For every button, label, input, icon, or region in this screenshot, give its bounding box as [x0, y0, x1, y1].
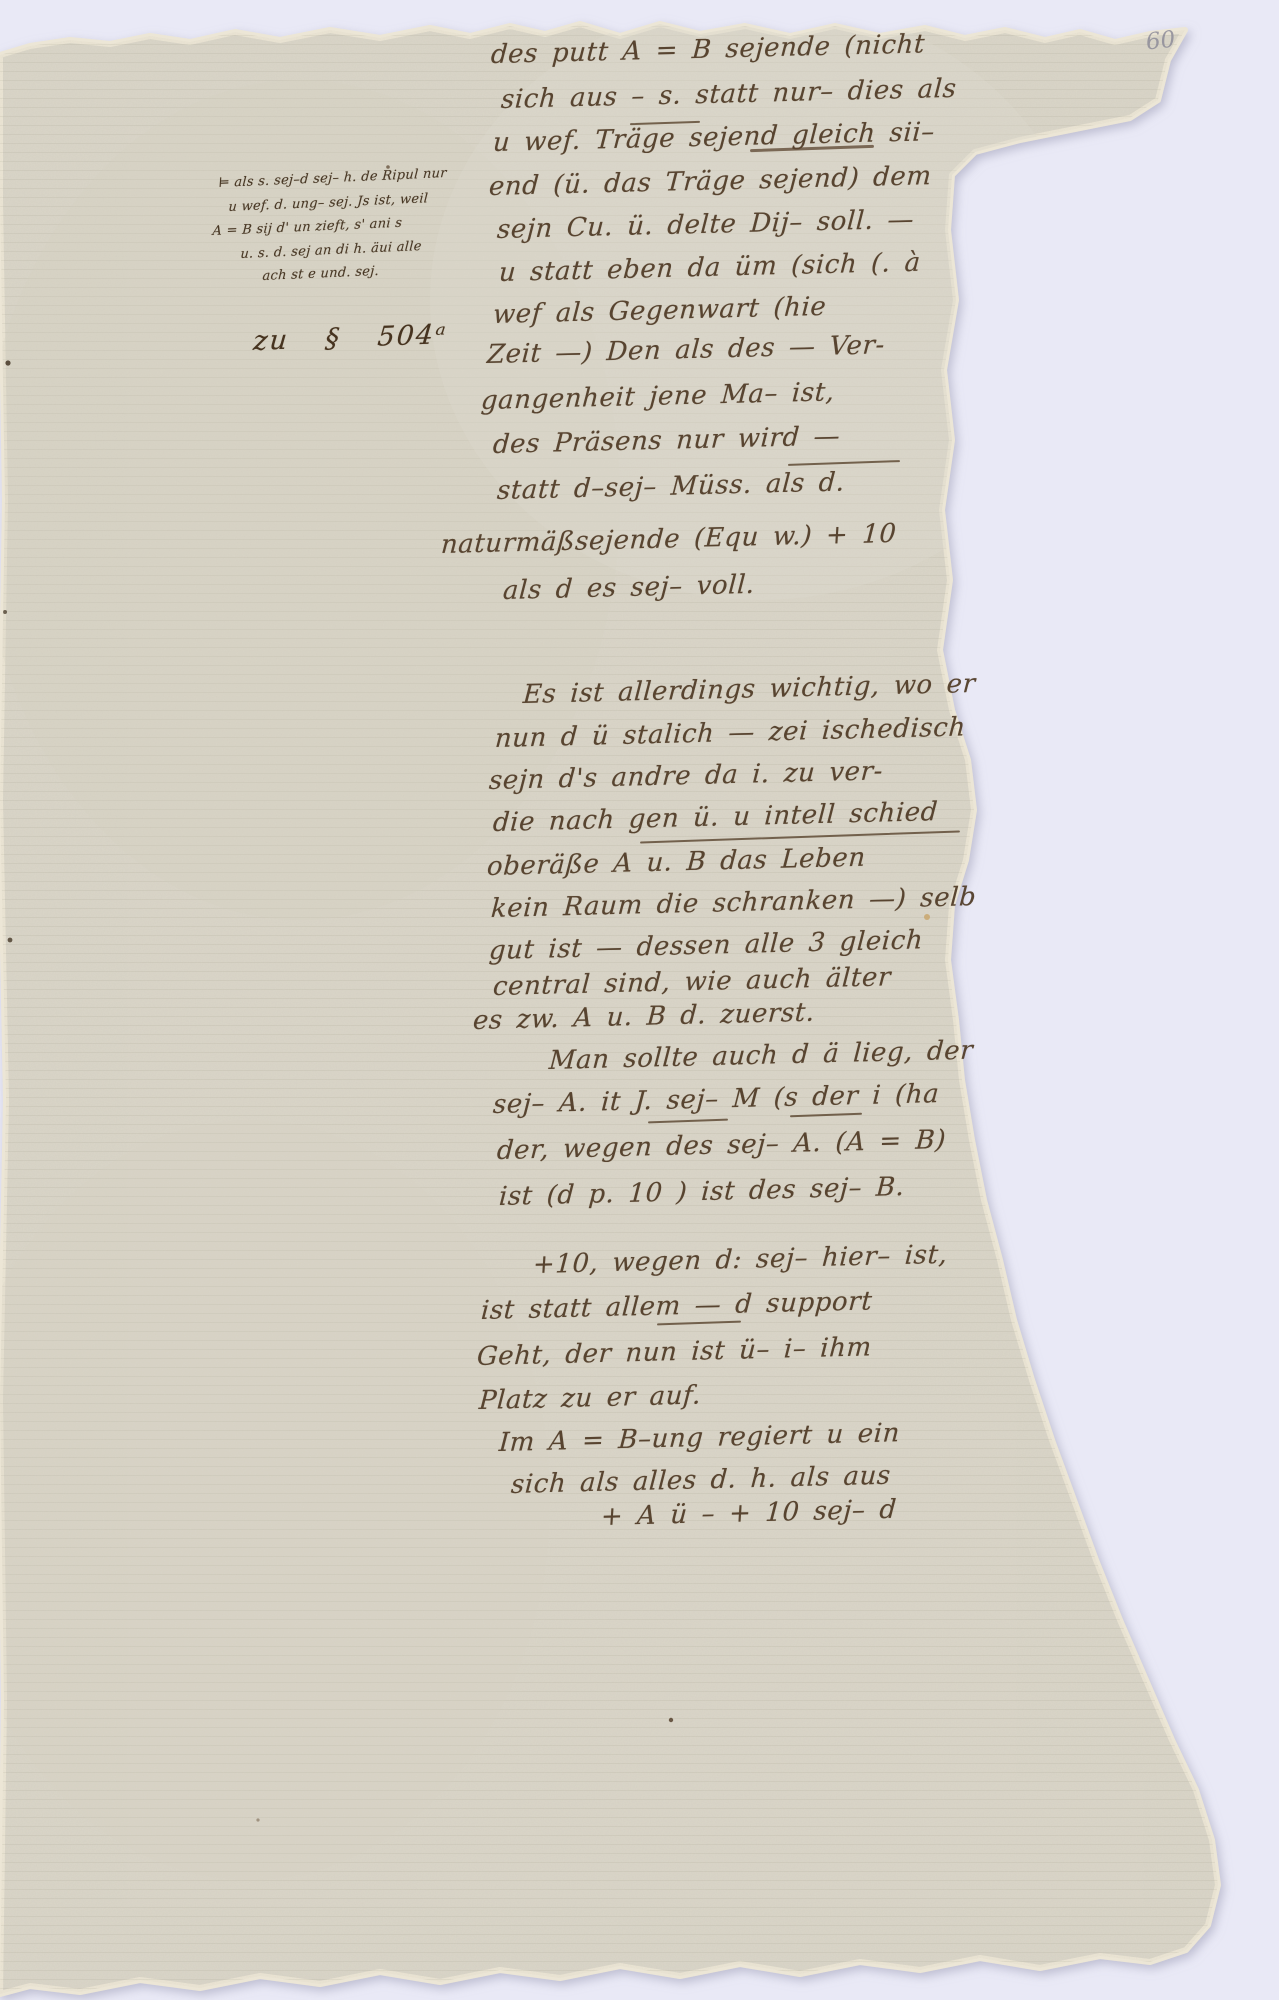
ink-speck [3, 610, 7, 614]
paper-sheet [0, 0, 1279, 2000]
ink-speck [386, 165, 390, 169]
manuscript-scan: 60 ⊨ als s. sej–d sej– h. de Ripul nur u… [0, 0, 1279, 2000]
ink-speck [256, 1818, 259, 1821]
ink-speck [8, 938, 13, 943]
ink-speck [669, 1718, 673, 1722]
ink-speck [5, 360, 10, 365]
foxing-speck [924, 914, 930, 920]
